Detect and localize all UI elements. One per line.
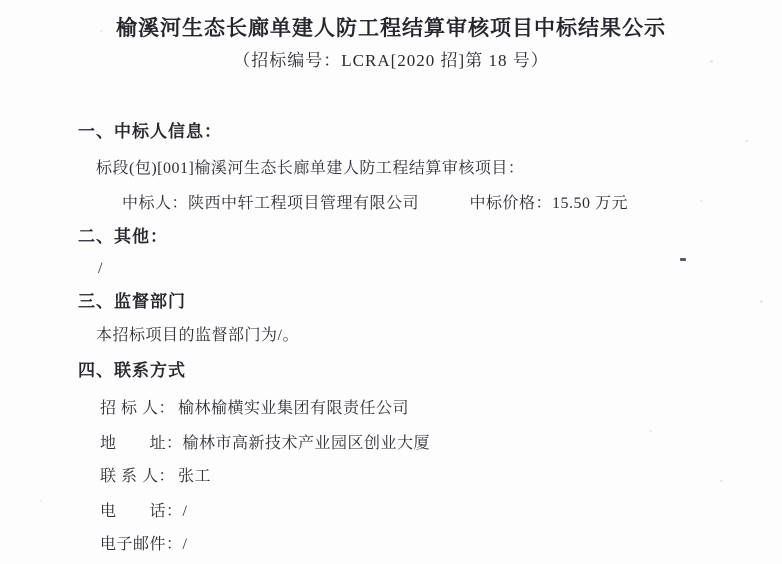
contact-label-person: 联 系 人： <box>100 466 178 488</box>
scan-speck <box>720 480 723 482</box>
contact-label-address: 地 址： <box>100 433 183 455</box>
document-title: 榆溪河生态长廊单建人防工程结算审核项目中标结果公示 <box>0 14 782 42</box>
contact-value-address: 榆林市高新技术产业园区创业大厦 <box>183 435 431 452</box>
section-4-heading: 四、联系方式 <box>78 360 186 382</box>
scanned-document-page: 榆溪河生态长廊单建人防工程结算审核项目中标结果公示 （招标编号：LCRA[202… <box>0 0 782 564</box>
contact-value-tenderer: 榆林榆横实业集团有限责任公司 <box>178 400 409 417</box>
contact-label-tenderer: 招 标 人： <box>100 398 178 420</box>
scan-speck <box>760 300 763 303</box>
winner-name: 中标人：陕西中轩工程项目管理有限公司 <box>122 195 419 212</box>
contact-label-email: 电子邮件： <box>100 534 183 556</box>
contact-value-email: / <box>183 536 188 553</box>
supervision-department-line: 本招标项目的监督部门为/。 <box>96 325 299 347</box>
contact-row-person: 联 系 人：张工 <box>100 466 211 488</box>
winning-price: 中标价格：15.50 万元 <box>470 195 629 212</box>
section-1-package-line: 标段(包)[001]榆溪河生态长廊单建人防工程结算审核项目： <box>96 158 524 180</box>
contact-label-phone: 电 话： <box>100 501 183 523</box>
section-2-content: / <box>98 258 103 280</box>
section-1-heading: 一、中标人信息： <box>78 121 222 143</box>
scan-speck <box>40 500 42 502</box>
scan-speck <box>700 200 702 202</box>
contact-value-phone: / <box>183 503 188 520</box>
contact-row-phone: 电 话：/ <box>100 501 187 523</box>
contact-row-address: 地 址：榆林市高新技术产业园区创业大厦 <box>100 433 430 455</box>
section-3-heading: 三、监督部门 <box>78 291 186 313</box>
tender-number: （招标编号：LCRA[2020 招]第 18 号） <box>0 49 782 73</box>
contact-value-person: 张工 <box>178 468 211 485</box>
scan-mark <box>680 258 686 261</box>
contact-row-tenderer: 招 标 人：榆林榆横实业集团有限责任公司 <box>100 398 409 420</box>
contact-row-email: 电子邮件：/ <box>100 534 187 556</box>
scan-speck <box>745 140 748 142</box>
scan-speck <box>650 430 652 432</box>
winner-price-line: 中标人：陕西中轩工程项目管理有限公司 中标价格：15.50 万元 <box>122 193 628 215</box>
section-2-heading: 二、其他： <box>78 226 168 248</box>
